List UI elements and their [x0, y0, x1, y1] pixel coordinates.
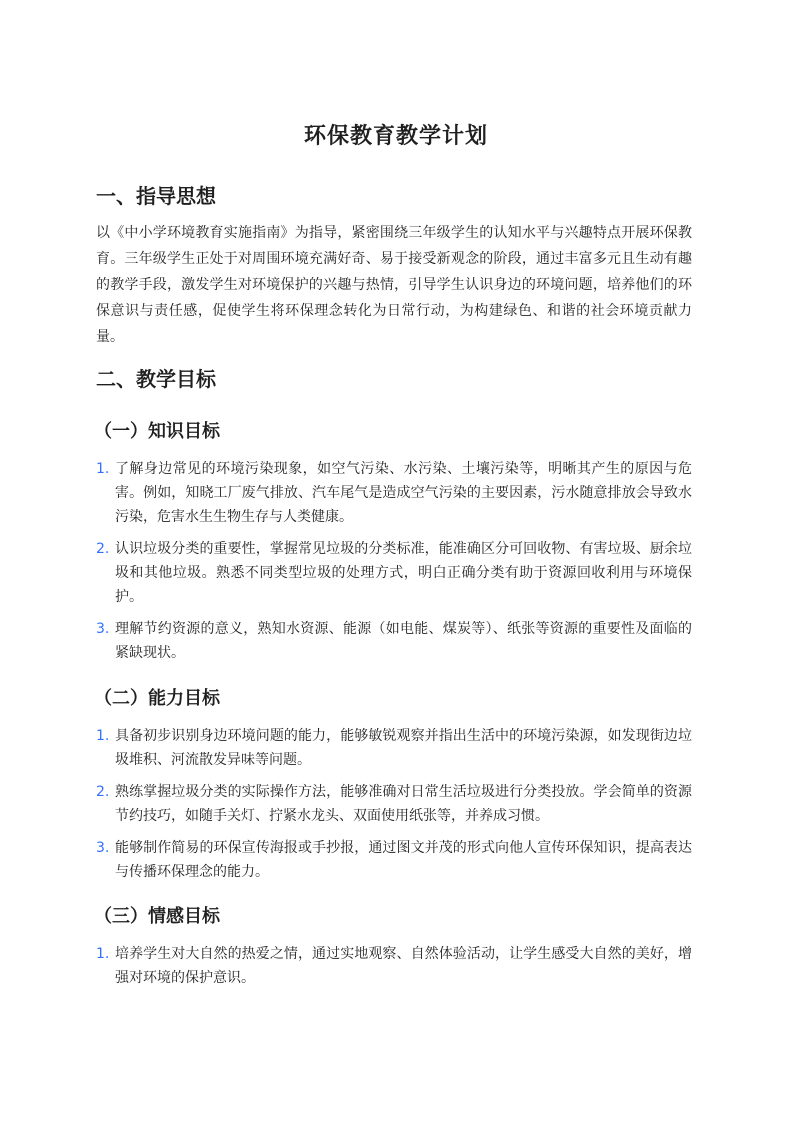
list-item: 1. 具备初步识别身边环境问题的能力，能够敏锐观察并指出生活中的环境污染源，如发… — [96, 724, 692, 772]
list-item-text: 具备初步识别身边环境问题的能力，能够敏锐观察并指出生活中的环境污染源，如发现街边… — [115, 728, 692, 768]
list-item: 1. 了解身边常见的环境污染现象，如空气污染、水污染、土壤污染等，明晰其产生的原… — [96, 457, 692, 529]
knowledge-goals-list: 1. 了解身边常见的环境污染现象，如空气污染、水污染、土壤污染等，明晰其产生的原… — [96, 457, 692, 673]
list-item: 3. 理解节约资源的意义，熟知水资源、能源（如电能、煤炭等）、纸张等资源的重要性… — [96, 617, 692, 665]
subsection-heading-knowledge-goals: （一）知识目标 — [94, 418, 220, 446]
emotional-goals-list: 1. 培养学生对大自然的热爱之情，通过实地观察、自然体验活动，让学生感受大自然的… — [96, 942, 692, 998]
guiding-ideology-paragraph: 以《中小学环境教育实施指南》为指导，紧密围绕三年级学生的认知水平与兴趣特点开展环… — [96, 220, 692, 350]
list-number: 3. — [96, 836, 109, 860]
list-number: 1. — [96, 942, 109, 966]
list-number: 2. — [96, 537, 109, 561]
list-item-text: 能够制作简易的环保宣传海报或手抄报，通过图文并茂的形式向他人宣传环保知识，提高表… — [115, 840, 692, 880]
list-number: 3. — [96, 617, 109, 641]
list-item-text: 了解身边常见的环境污染现象，如空气污染、水污染、土壤污染等，明晰其产生的原因与危… — [115, 461, 692, 525]
list-number: 1. — [96, 457, 109, 481]
list-item-text: 认识垃圾分类的重要性，掌握常见垃圾的分类标准，能准确区分可回收物、有害垃圾、厨余… — [115, 541, 692, 605]
subsection-heading-emotional-goals: （三）情感目标 — [94, 903, 220, 931]
section-heading-teaching-goals: 二、教学目标 — [96, 364, 216, 394]
subsection-heading-ability-goals: （二）能力目标 — [94, 685, 220, 713]
list-item: 1. 培养学生对大自然的热爱之情，通过实地观察、自然体验活动，让学生感受大自然的… — [96, 942, 692, 990]
document-title: 环保教育教学计划 — [96, 121, 696, 153]
list-number: 2. — [96, 780, 109, 804]
list-item: 2. 认识垃圾分类的重要性，掌握常见垃圾的分类标准，能准确区分可回收物、有害垃圾… — [96, 537, 692, 609]
ability-goals-list: 1. 具备初步识别身边环境问题的能力，能够敏锐观察并指出生活中的环境污染源，如发… — [96, 724, 692, 892]
list-item: 2. 熟练掌握垃圾分类的实际操作方法，能够准确对日常生活垃圾进行分类投放。学会简… — [96, 780, 692, 828]
list-item-text: 培养学生对大自然的热爱之情，通过实地观察、自然体验活动，让学生感受大自然的美好，… — [115, 946, 692, 986]
list-number: 1. — [96, 724, 109, 748]
section-heading-guiding-ideology: 一、指导思想 — [96, 181, 216, 211]
list-item: 3. 能够制作简易的环保宣传海报或手抄报，通过图文并茂的形式向他人宣传环保知识，… — [96, 836, 692, 884]
list-item-text: 熟练掌握垃圾分类的实际操作方法，能够准确对日常生活垃圾进行分类投放。学会简单的资… — [115, 784, 692, 824]
list-item-text: 理解节约资源的意义，熟知水资源、能源（如电能、煤炭等）、纸张等资源的重要性及面临… — [115, 621, 692, 661]
